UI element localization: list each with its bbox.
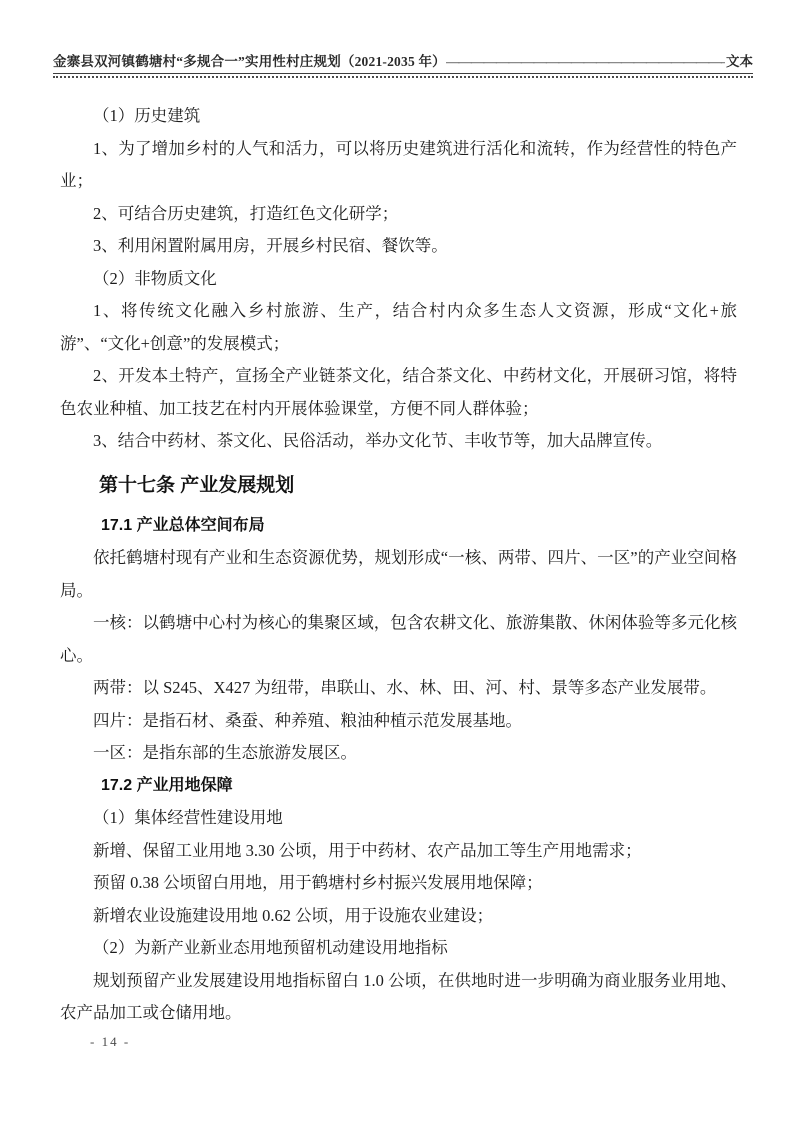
subsection-heading-17-2: 17.2 产业用地保障 <box>60 770 737 803</box>
paragraph-spatial-layout-intro: 依托鹤塘村现有产业和生态资源优势，规划形成“一核、两带、四片、一区”的产业空间格… <box>60 542 737 607</box>
header-dash-line: ———————————————————————————————————————— <box>446 54 725 70</box>
page-footer: - 14 - <box>90 1034 130 1050</box>
document-body: （1）历史建筑 1、为了增加乡村的人气和活力，可以将历史建筑进行活化和流转，作为… <box>0 100 793 1030</box>
header-right-label: 文本 <box>725 50 753 70</box>
paragraph-history-item-1: 1、为了增加乡村的人气和活力，可以将历史建筑进行活化和流转，作为经营性的特色产业… <box>60 133 737 198</box>
paragraph-history-item-2: 2、可结合历史建筑，打造红色文化研学； <box>60 198 737 231</box>
paragraph-reserved-land: 预留 0.38 公顷留白用地，用于鹤塘村乡村振兴发展用地保障； <box>60 867 737 900</box>
section-heading-article-17: 第十七条 产业发展规划 <box>60 471 737 501</box>
paragraph-two-belts: 两带：以 S245、X427 为纽带，串联山、水、林、田、河、村、景等多态产业发… <box>60 672 737 705</box>
paragraph-agricultural-facility-land: 新增农业设施建设用地 0.62 公顷，用于设施农业建设； <box>60 900 737 933</box>
paragraph-history-item-3: 3、利用闲置附属用房，开展乡村民宿、餐饮等。 <box>60 230 737 263</box>
header-rule-thin-line <box>53 73 753 74</box>
paragraph-collective-land-label: （1）集体经营性建设用地 <box>60 802 737 835</box>
header-title: 金寨县双河镇鹤塘村“多规合一”实用性村庄规划（2021-2035 年） <box>53 50 446 70</box>
paragraph-new-industry-label: （2）为新产业新业态用地预留机动建设用地指标 <box>60 932 737 965</box>
header-row: 金寨县双河镇鹤塘村“多规合一”实用性村庄规划（2021-2035 年） ————… <box>53 50 753 70</box>
paragraph-planning-reserve: 规划预留产业发展建设用地指标留白 1.0 公顷，在供地时进一步明确为商业服务业用… <box>60 965 737 1030</box>
page-number: - 14 - <box>90 1034 130 1049</box>
header-rule <box>53 73 753 78</box>
paragraph-industrial-land: 新增、保留工业用地 3.30 公顷，用于中药材、农产品加工等生产用地需求； <box>60 835 737 868</box>
page-header: 金寨县双河镇鹤塘村“多规合一”实用性村庄规划（2021-2035 年） ————… <box>0 0 793 78</box>
subsection-heading-17-1: 17.1 产业总体空间布局 <box>60 510 737 543</box>
header-rule-thick-line <box>53 76 753 78</box>
document-page: 金寨县双河镇鹤塘村“多规合一”实用性村庄规划（2021-2035 年） ————… <box>0 0 793 1122</box>
paragraph-culture-item-2: 2、开发本土特产，宣扬全产业链茶文化，结合茶文化、中药材文化，开展研习馆，将特色… <box>60 360 737 425</box>
paragraph-culture-item-1: 1、将传统文化融入乡村旅游、生产，结合村内众多生态人文资源，形成“文化+旅游”、… <box>60 295 737 360</box>
paragraph-four-pieces: 四片：是指石材、桑蚕、种养殖、粮油种植示范发展基地。 <box>60 705 737 738</box>
paragraph-one-zone: 一区：是指东部的生态旅游发展区。 <box>60 737 737 770</box>
paragraph-history-buildings-label: （1）历史建筑 <box>60 100 737 133</box>
paragraph-intangible-culture-label: （2）非物质文化 <box>60 263 737 296</box>
paragraph-culture-item-3: 3、结合中药材、茶文化、民俗活动，举办文化节、丰收节等，加大品牌宣传。 <box>60 425 737 458</box>
paragraph-one-core: 一核：以鹤塘中心村为核心的集聚区域，包含农耕文化、旅游集散、休闲体验等多元化核心… <box>60 607 737 672</box>
